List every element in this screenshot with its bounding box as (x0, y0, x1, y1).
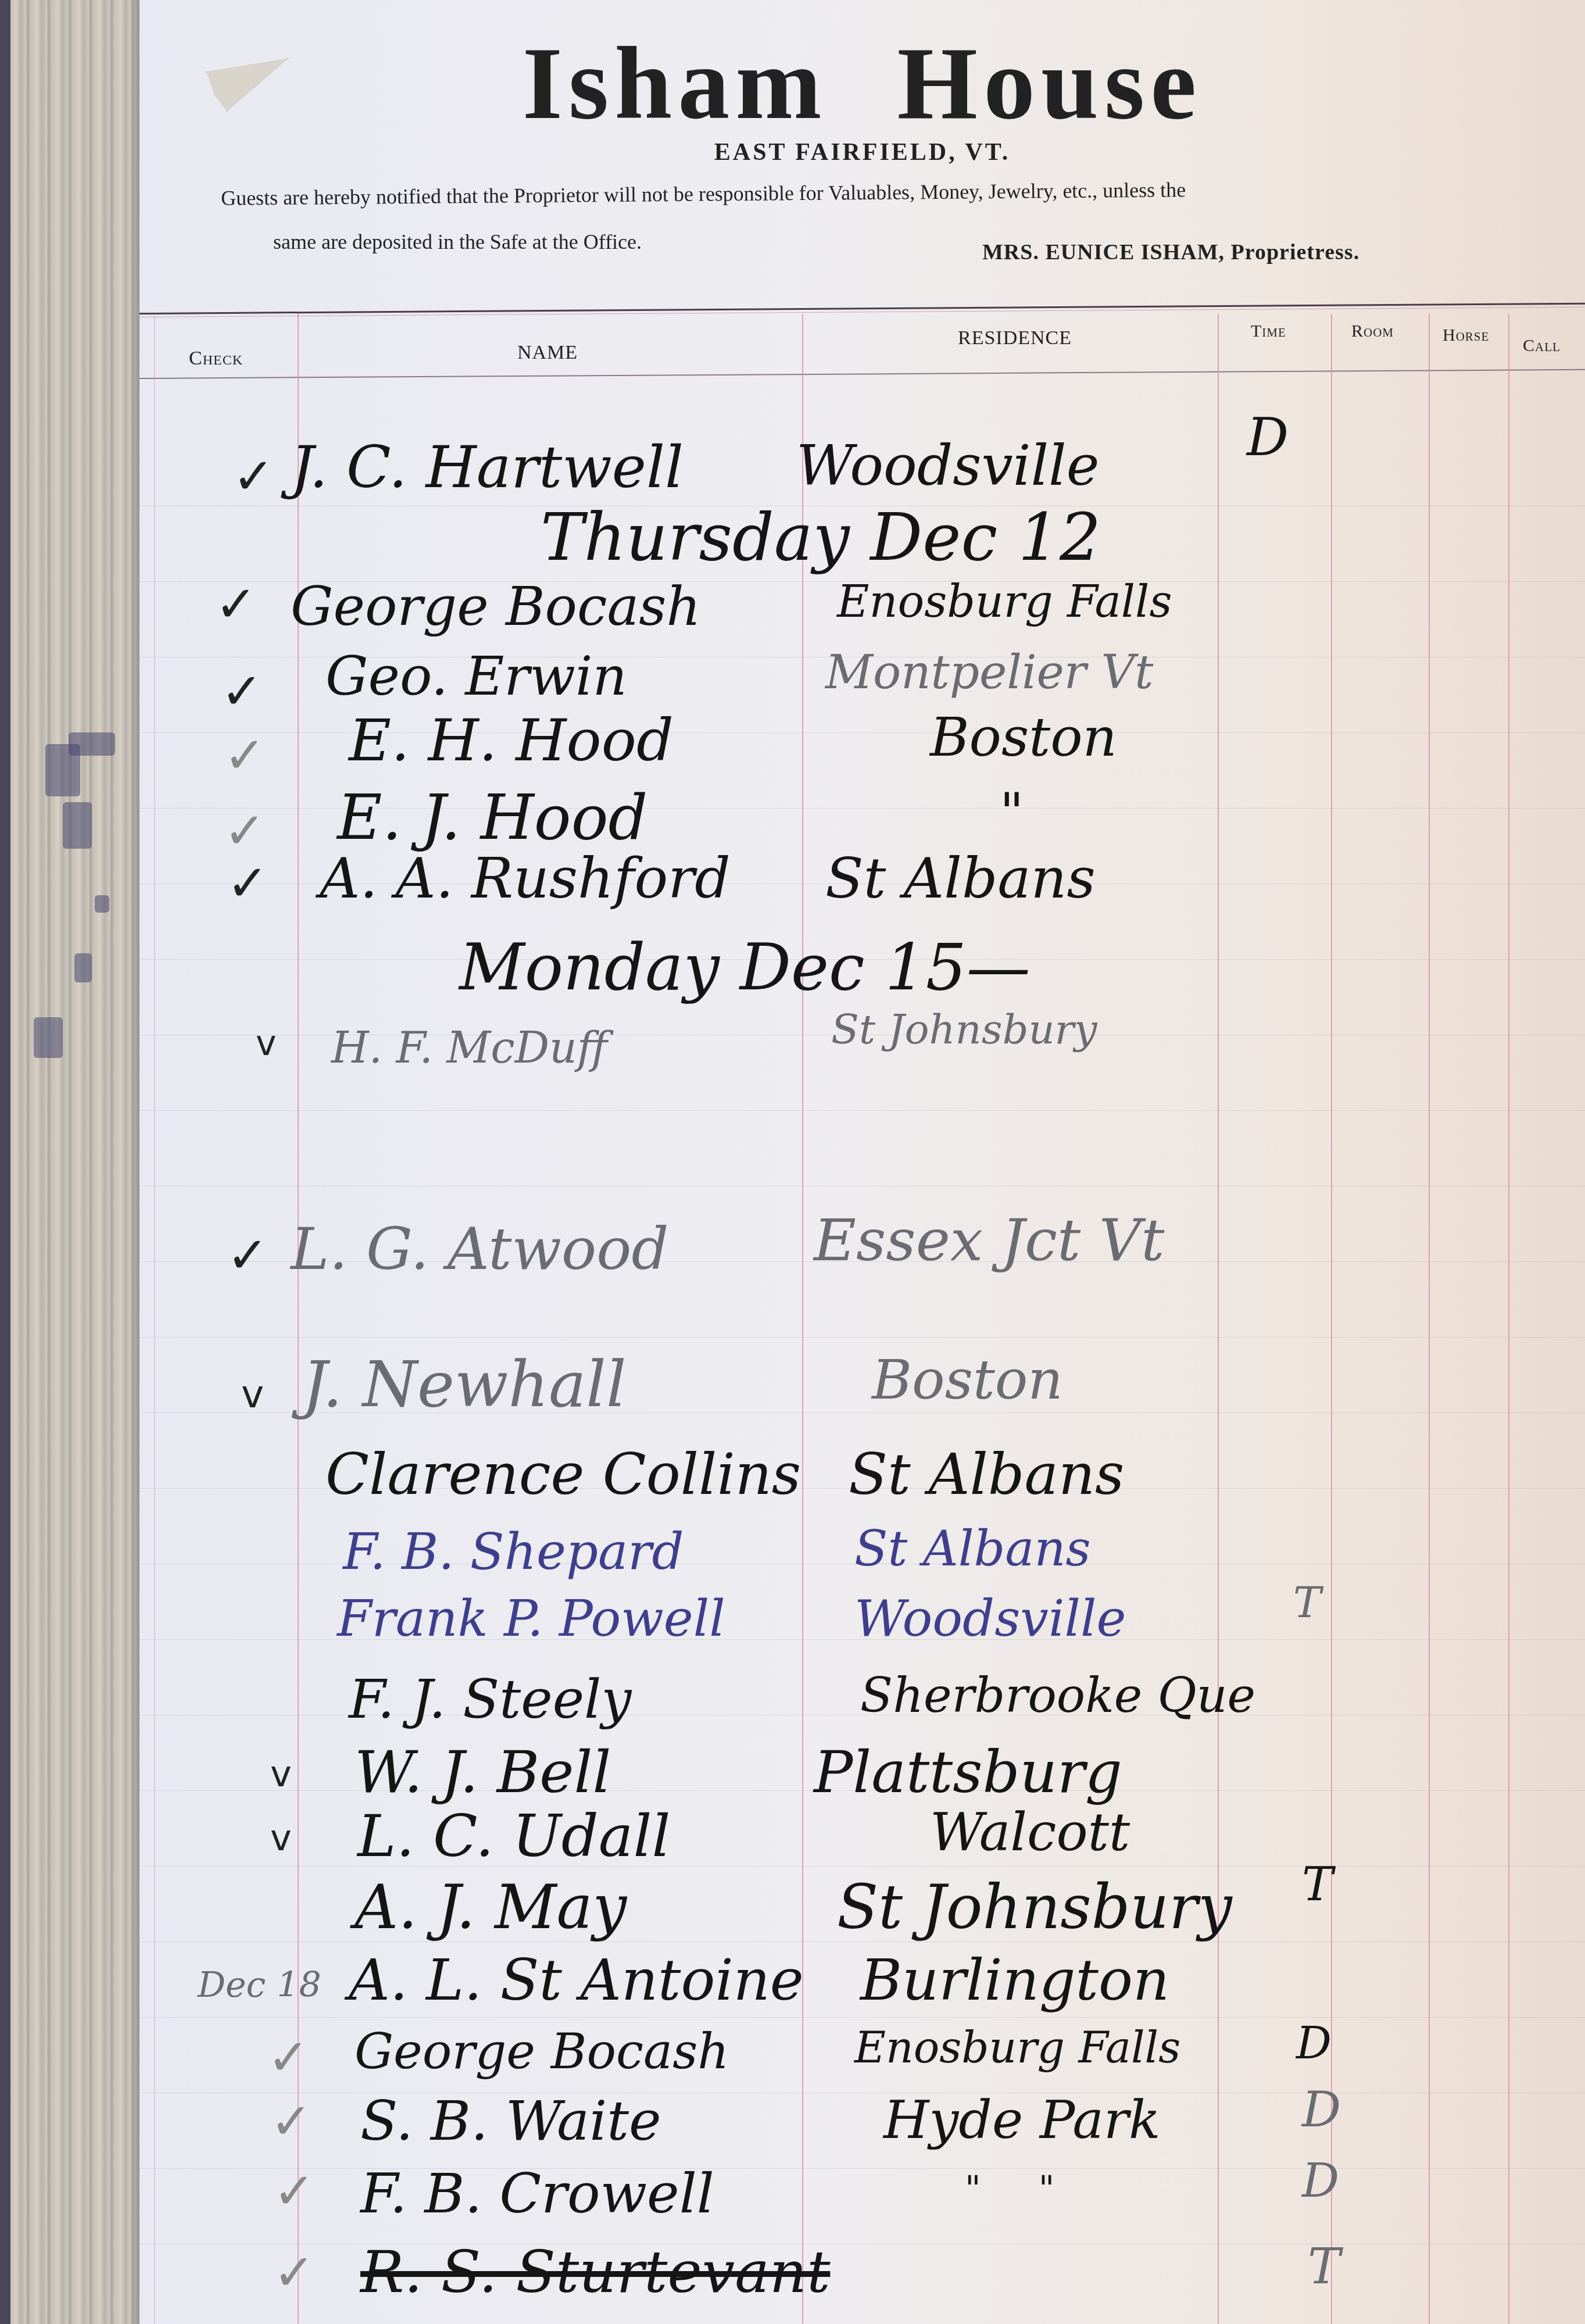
guest-name: L. C. Udall (357, 1802, 670, 1870)
ruled-line (139, 2093, 1585, 2093)
column-divider-name-residence (802, 314, 803, 2324)
ruled-line (139, 2244, 1585, 2244)
hotel-location: EAST FAIRFIELD, VT. (139, 138, 1585, 166)
date-line: Thursday Dec 12 (541, 500, 1101, 575)
column-header-call: Call (1523, 336, 1561, 356)
guest-name: J. C. Hartwell (291, 433, 684, 501)
guest-residence: Boston (872, 1349, 1063, 1412)
ink-stain (74, 953, 92, 982)
guest-time: T (1293, 1578, 1321, 1627)
column-header-time: Time (1251, 321, 1286, 341)
guest-residence: Plattsburg (814, 1738, 1122, 1806)
guest-residence: St Albans (849, 1442, 1124, 1508)
guest-name: J. Newhall (302, 1349, 626, 1421)
ruled-line (139, 1110, 1585, 1111)
check-mark: v (241, 1372, 264, 1417)
column-header-room: Room (1351, 321, 1394, 341)
title-word-isham: Isham (523, 26, 828, 141)
guest-name: Clarence Collins (325, 1442, 801, 1508)
guest-name: George Bocash (291, 575, 701, 638)
liability-notice-line2: same are deposited in the Safe at the Of… (273, 230, 642, 254)
guest-residence: St Johnsbury (837, 1872, 1232, 1943)
column-header-residence: RESIDENCE (958, 327, 1072, 349)
check-mark: ✓ (270, 2093, 312, 2151)
guest-residence: St Albans (825, 846, 1096, 911)
guest-name: E. J. Hood (337, 782, 647, 853)
guest-residence: Boston (930, 706, 1117, 768)
check-mark: ✓ (273, 2244, 315, 2302)
page-margin-line (154, 314, 155, 2324)
guest-residence-ditto: " " (965, 2168, 1078, 2209)
hotel-title: IshamHouse (0, 23, 1585, 143)
guest-name: W. J. Bell (355, 1738, 611, 1806)
column-header-horse: Horse (1443, 326, 1489, 345)
guest-name: A. J. May (355, 1872, 627, 1943)
guest-residence: Sherbrooke Que (860, 1668, 1255, 1724)
ink-stain (69, 732, 115, 756)
ruled-line (139, 1337, 1585, 1338)
guest-residence: Woodsville (854, 1590, 1126, 1648)
ink-stain (63, 802, 92, 849)
column-header-name: NAME (517, 342, 578, 364)
guest-name: A. L. St Antoine (349, 1947, 804, 2014)
column-header-check: Check (189, 348, 243, 370)
date-line: Monday Dec 15— (459, 930, 1031, 1004)
guest-name: H. F. McDuff (331, 1023, 607, 1073)
guest-name: Geo. Erwin (325, 645, 627, 707)
guest-residence: Hyde Park (883, 2090, 1161, 2151)
guest-residence: " (1000, 782, 1024, 843)
ink-stain (95, 895, 109, 913)
guest-name: F. B. Shepard (343, 1523, 684, 1581)
check-mark: ✓ (227, 854, 269, 913)
guest-name: L. G. Atwood (291, 1215, 669, 1283)
ruled-line (139, 2017, 1585, 2018)
proprietress-line: MRS. EUNICE ISHAM, Proprietress. (982, 239, 1359, 265)
guest-time: T (1308, 2238, 1340, 2295)
guest-time: D (1296, 2017, 1332, 2069)
ruled-line (139, 2168, 1585, 2169)
check-mark: ✓ (227, 1227, 269, 1285)
ruled-line (139, 1186, 1585, 1186)
guest-name: F. B. Crowell (360, 2162, 714, 2226)
guest-time: D (1247, 407, 1289, 468)
spine-shadow (131, 0, 139, 2324)
column-divider-room-horse (1429, 314, 1430, 2324)
guest-name: George Bocash (355, 2023, 729, 2080)
column-divider-residence-time (1218, 314, 1219, 2324)
guest-name: E. H. Hood (349, 706, 674, 774)
check-mark: v (256, 1023, 277, 1064)
guest-time: D (1302, 2081, 1341, 2138)
column-divider-horse-call (1508, 314, 1509, 2324)
check-mark: v (270, 1817, 292, 1859)
ruled-line (139, 1866, 1585, 1867)
guest-residence: St Johnsbury (831, 1006, 1097, 1053)
guest-residence: St Albans (854, 1520, 1091, 1577)
guest-name: A. A. Rushford (320, 846, 731, 911)
check-mark: ✓ (224, 727, 266, 785)
title-word-house: House (897, 26, 1203, 141)
guest-name: F. J. Steely (349, 1668, 632, 1731)
check-mark: ✓ (215, 575, 257, 634)
check-mark: ✓ (273, 2162, 315, 2221)
check-mark: ✓ (232, 448, 274, 506)
date-marginal-note: Dec 18 (198, 1965, 321, 2005)
book-spine-edges (0, 0, 139, 2324)
guest-time: T (1302, 1857, 1333, 1911)
guest-name: Frank P. Powell (337, 1590, 725, 1648)
guest-residence: Enosburg Falls (854, 2023, 1180, 2073)
guest-residence: Woodsville (796, 433, 1100, 498)
check-mark: ✓ (221, 663, 263, 721)
guest-name: S. B. Waite (360, 2090, 661, 2153)
guest-name: R. S. Sturtevant (360, 2238, 830, 2306)
guest-residence: Burlington (860, 1947, 1169, 2014)
guest-residence: Enosburg Falls (837, 575, 1172, 627)
ink-stain (34, 1017, 63, 1058)
check-mark: ✓ (224, 802, 266, 860)
guest-residence: Montpelier Vt (825, 645, 1153, 699)
guest-residence: Walcott (930, 1802, 1130, 1863)
guest-time: D (1302, 2154, 1339, 2208)
guest-residence: Essex Jct Vt (814, 1206, 1164, 1274)
check-mark: v (270, 1753, 292, 1795)
check-mark: ✓ (267, 2029, 309, 2087)
